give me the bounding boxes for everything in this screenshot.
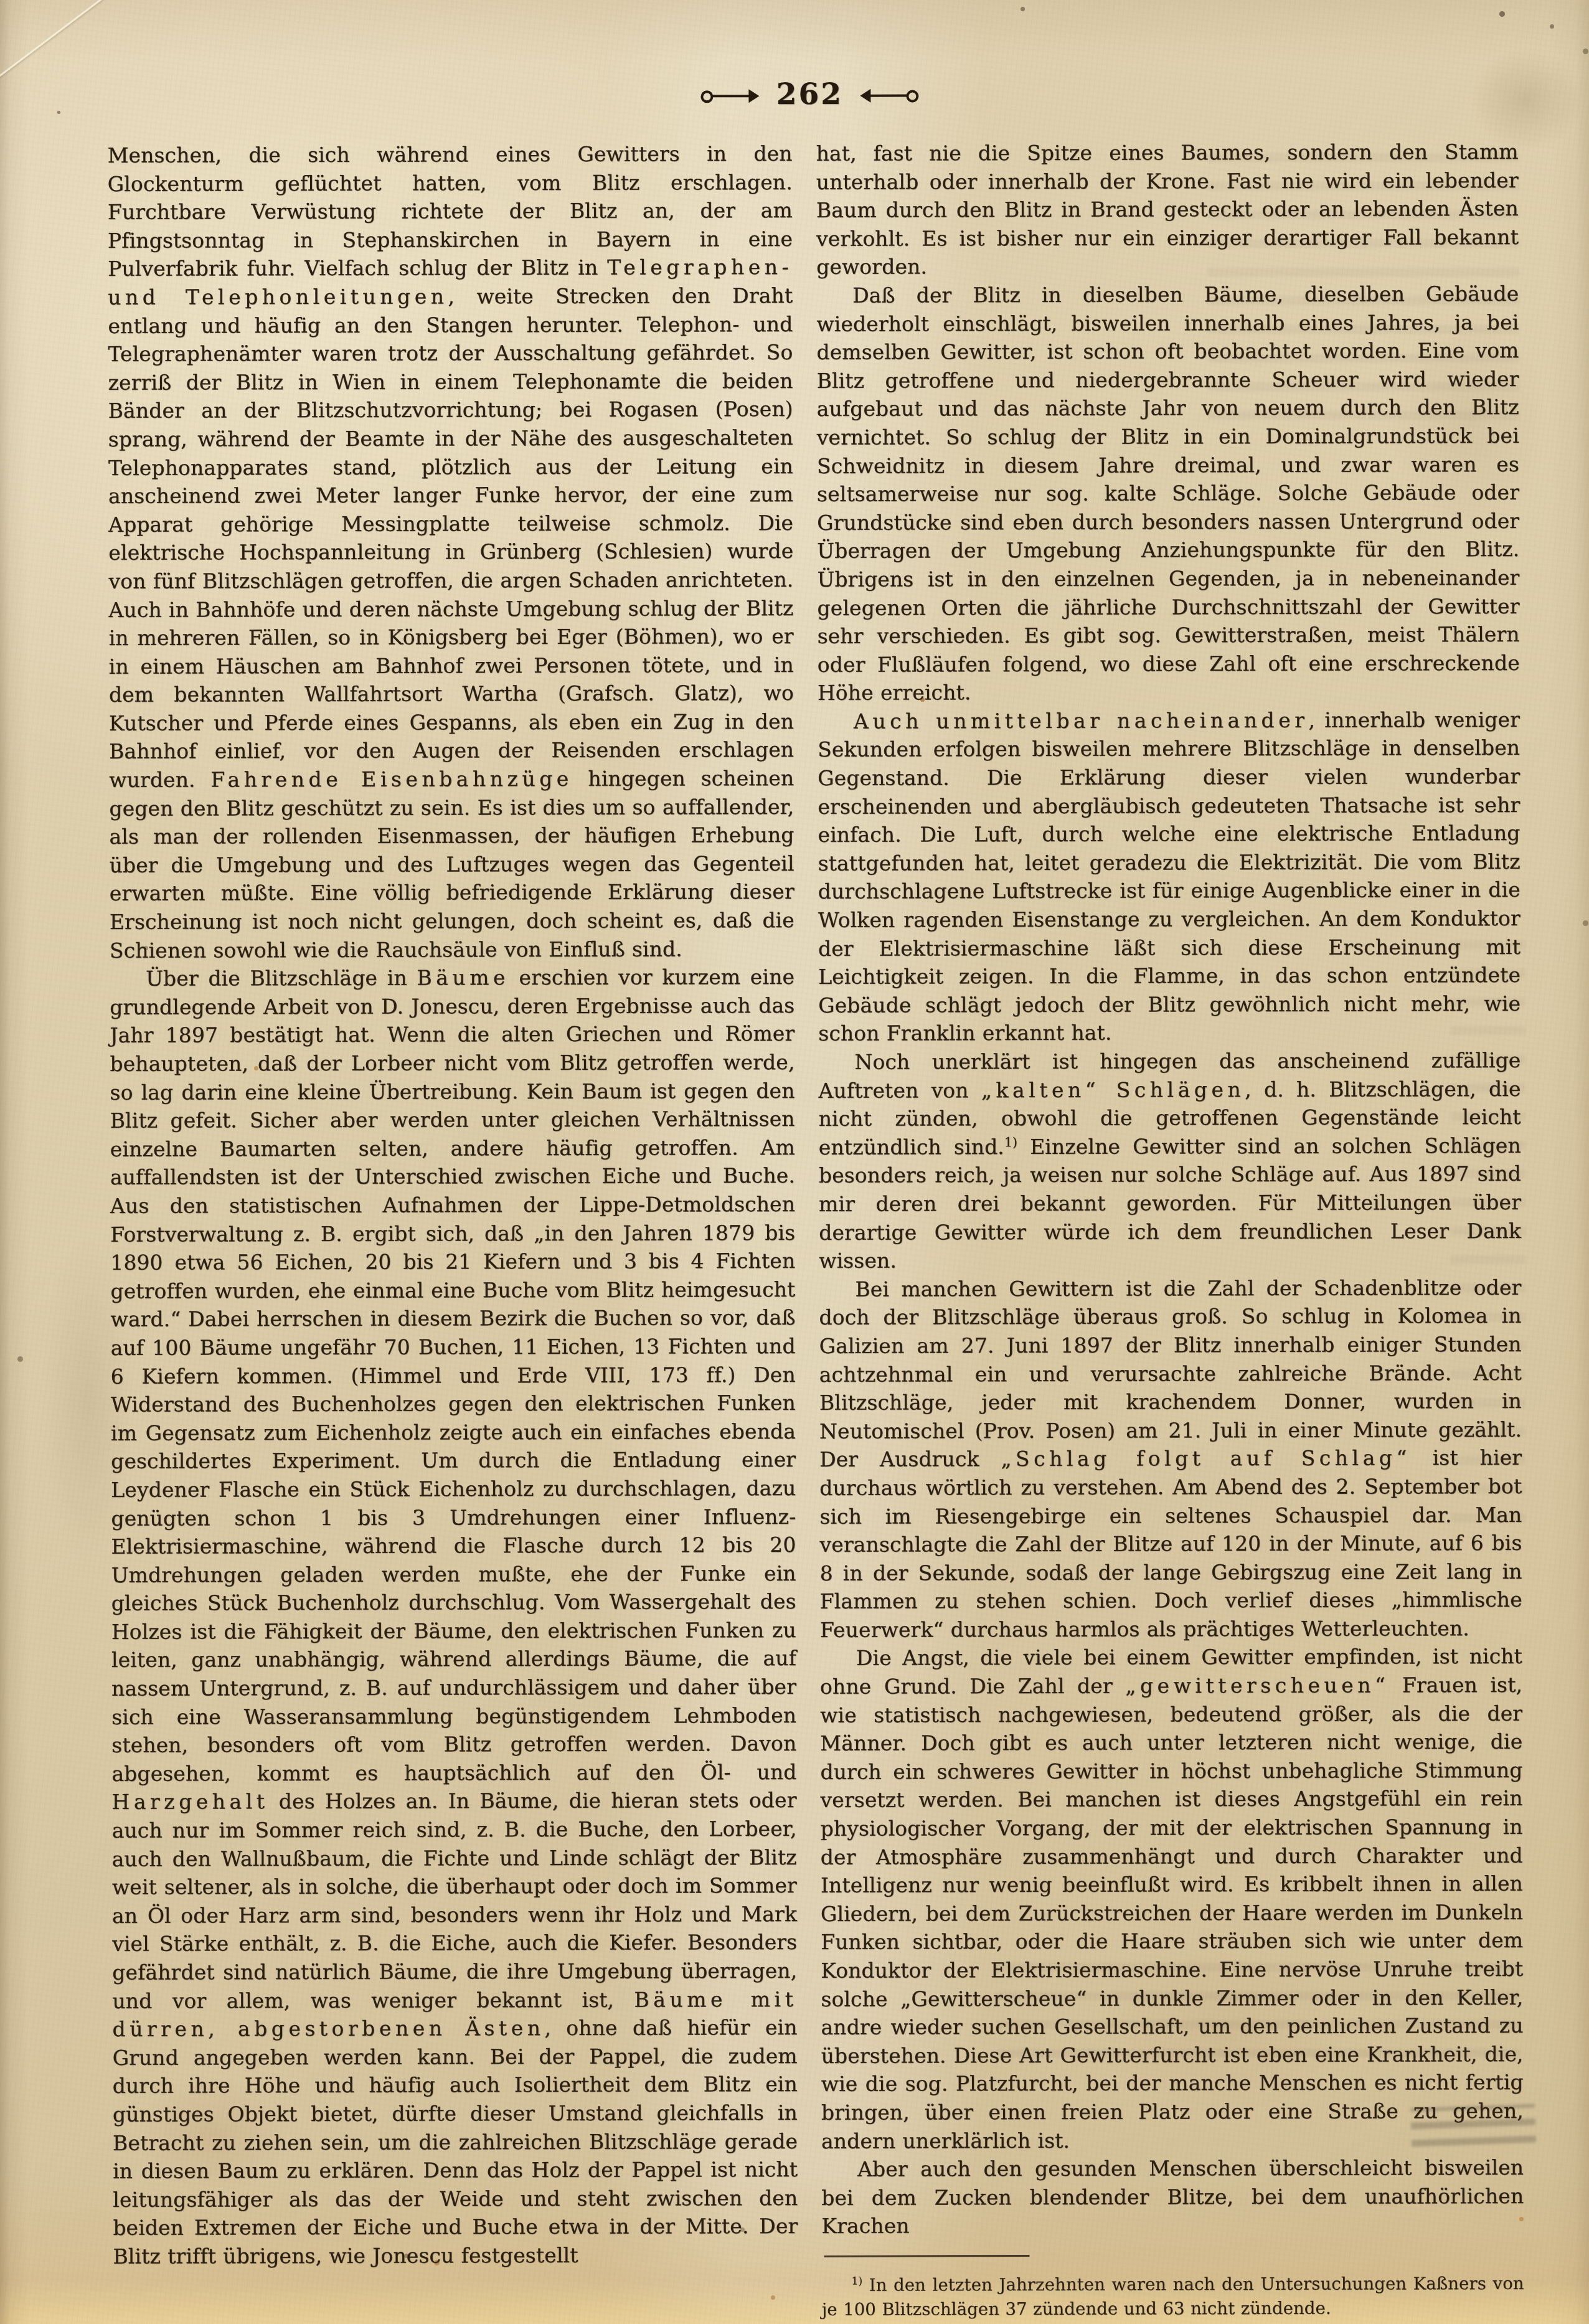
body-text: Frauen ist, wie statistisch nachgewiesen… (820, 1673, 1524, 2153)
paragraph: Bei manchen Gewittern ist die Zahl der S… (819, 1273, 1522, 1645)
emphasized-text: „gewitterscheuen“ (1125, 1673, 1389, 1698)
footnote-rule (824, 2255, 1029, 2257)
body-text: Über die Blitzschläge in (146, 966, 417, 991)
body-text: Bei manchen Gewittern ist die Zahl der S… (819, 1275, 1522, 1472)
paragraph: Noch unerklärt ist hingegen das anschein… (818, 1046, 1521, 1275)
page-header: 262 (679, 72, 940, 116)
body-text: hingegen scheinen gegen den Blitz geschü… (109, 766, 794, 962)
emphasized-text: Fahrende Eisenbahnzüge (210, 767, 572, 792)
body-text: erschien vor kurzem eine grundlegende Ar… (110, 965, 796, 1786)
emphasized-text: Bäume (417, 965, 509, 990)
emphasized-text: „kalten“ Schlägen (981, 1077, 1245, 1102)
paragraph: Menschen, die sich während eines Gewitte… (108, 139, 794, 965)
body-text: , ohne daß hiefür ein Grund angegeben we… (113, 2015, 798, 2269)
body-text: , weite Strecken den Draht entlang und h… (108, 283, 794, 792)
footnote-marker: 1) (852, 2275, 863, 2288)
paragraph: Die Angst, die viele bei einem Gewitter … (820, 1642, 1524, 2155)
body-text: hat, fast nie die Spitze eines Baumes, s… (816, 139, 1519, 279)
body-text: ist hier durchaus wörtlich zu verstehen.… (819, 1445, 1522, 1642)
emphasized-text: Harzgehalt (112, 1790, 269, 1815)
footnote-reference: 1) (1004, 1135, 1017, 1150)
text-column-right: hat, fast nie die Spitze eines Baumes, s… (816, 138, 1524, 2322)
body-text: , innerhalb weniger Sekunden erfolgen bi… (818, 707, 1521, 1046)
body-text: Aber auch den gesunden Menschen überschl… (821, 2155, 1524, 2238)
footnote-text: In den letzten Jahrzehnten waren nach de… (822, 2274, 1524, 2320)
text-column-left: Menschen, die sich während eines Gewitte… (108, 139, 798, 2270)
header-ornament-left-icon (712, 95, 752, 97)
body-text: des Holzes an. In Bäume, die hieran stet… (112, 1788, 798, 2013)
paragraph: hat, fast nie die Spitze eines Baumes, s… (816, 138, 1519, 281)
emphasized-text: „Schlag folgt auf Schlag“ (1001, 1446, 1410, 1471)
emphasized-text: Auch unmittelbar nacheinander (854, 708, 1309, 734)
body-text: Daß der Blitz in dieselben Bäume, diesel… (816, 281, 1520, 705)
header-ornament-right-icon (868, 95, 908, 97)
page-content: 262 Menschen, die sich während eines Gew… (0, 0, 1589, 2324)
paragraph: Auch unmittelbar nacheinander, innerhalb… (818, 706, 1521, 1048)
page-number: 262 (776, 77, 843, 111)
paragraph: Aber auch den gesunden Menschen überschl… (821, 2153, 1524, 2241)
paragraph: Über die Blitzschläge in Bäume erschien … (110, 963, 798, 2270)
footnote: 1) In den letzten Jahrzehnten waren nach… (822, 2272, 1524, 2322)
paragraph: Daß der Blitz in dieselben Bäume, diesel… (816, 280, 1520, 707)
